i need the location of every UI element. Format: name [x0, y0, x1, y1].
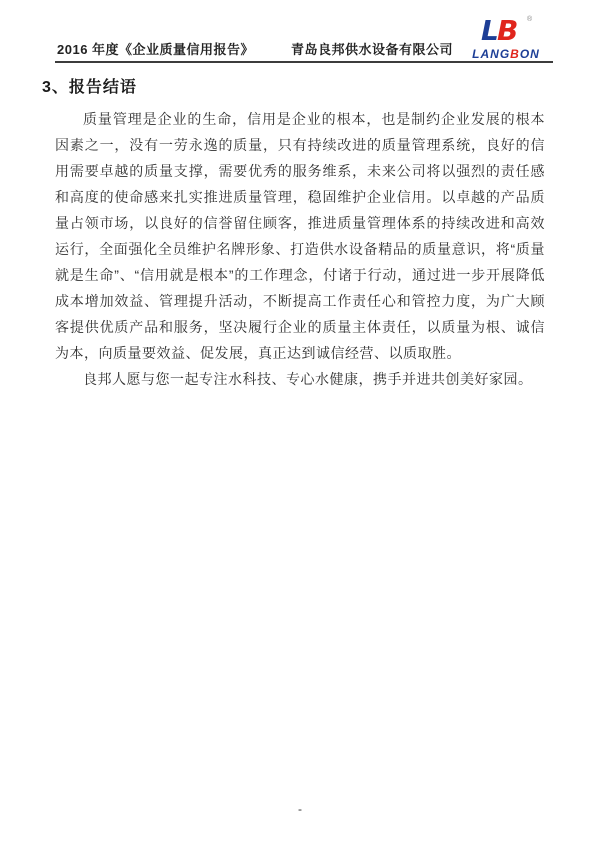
registered-trademark-icon: ® [527, 16, 532, 23]
body-paragraph-2: 良邦人愿与您一起专注水科技、专心水健康，携手并进共创美好家园。 [55, 366, 545, 392]
page-header: 2016 年度《企业质量信用报告》 青岛良邦供水设备有限公司 L B ® LAN… [55, 0, 553, 63]
logo-wordmark: LANGBON [459, 47, 553, 61]
header-report-title: 2016 年度《企业质量信用报告》 [57, 39, 254, 58]
company-logo: L B ® LANGBON [459, 16, 553, 62]
logo-wordmark-part1: LANG [472, 47, 510, 61]
report-body: 3、报告结语 质量管理是企业的生命，信用是企业的根本，也是制约企业发展的根本因素… [55, 74, 545, 392]
page-footer: - [0, 802, 600, 816]
logo-wordmark-part3: ON [520, 47, 540, 61]
logo-letter-b: B [497, 16, 518, 43]
header-company-name: 青岛良邦供水设备有限公司 [291, 39, 453, 58]
langbon-lb-logo-icon: L B [481, 16, 529, 43]
body-paragraph-1: 质量管理是企业的生命，信用是企业的根本，也是制约企业发展的根本因素之一，没有一劳… [55, 106, 545, 366]
logo-wordmark-part2: B [510, 47, 520, 61]
section-heading: 3、报告结语 [42, 74, 545, 97]
document-page: 2016 年度《企业质量信用报告》 青岛良邦供水设备有限公司 L B ® LAN… [0, 0, 600, 849]
page-number-dash: - [298, 802, 302, 816]
